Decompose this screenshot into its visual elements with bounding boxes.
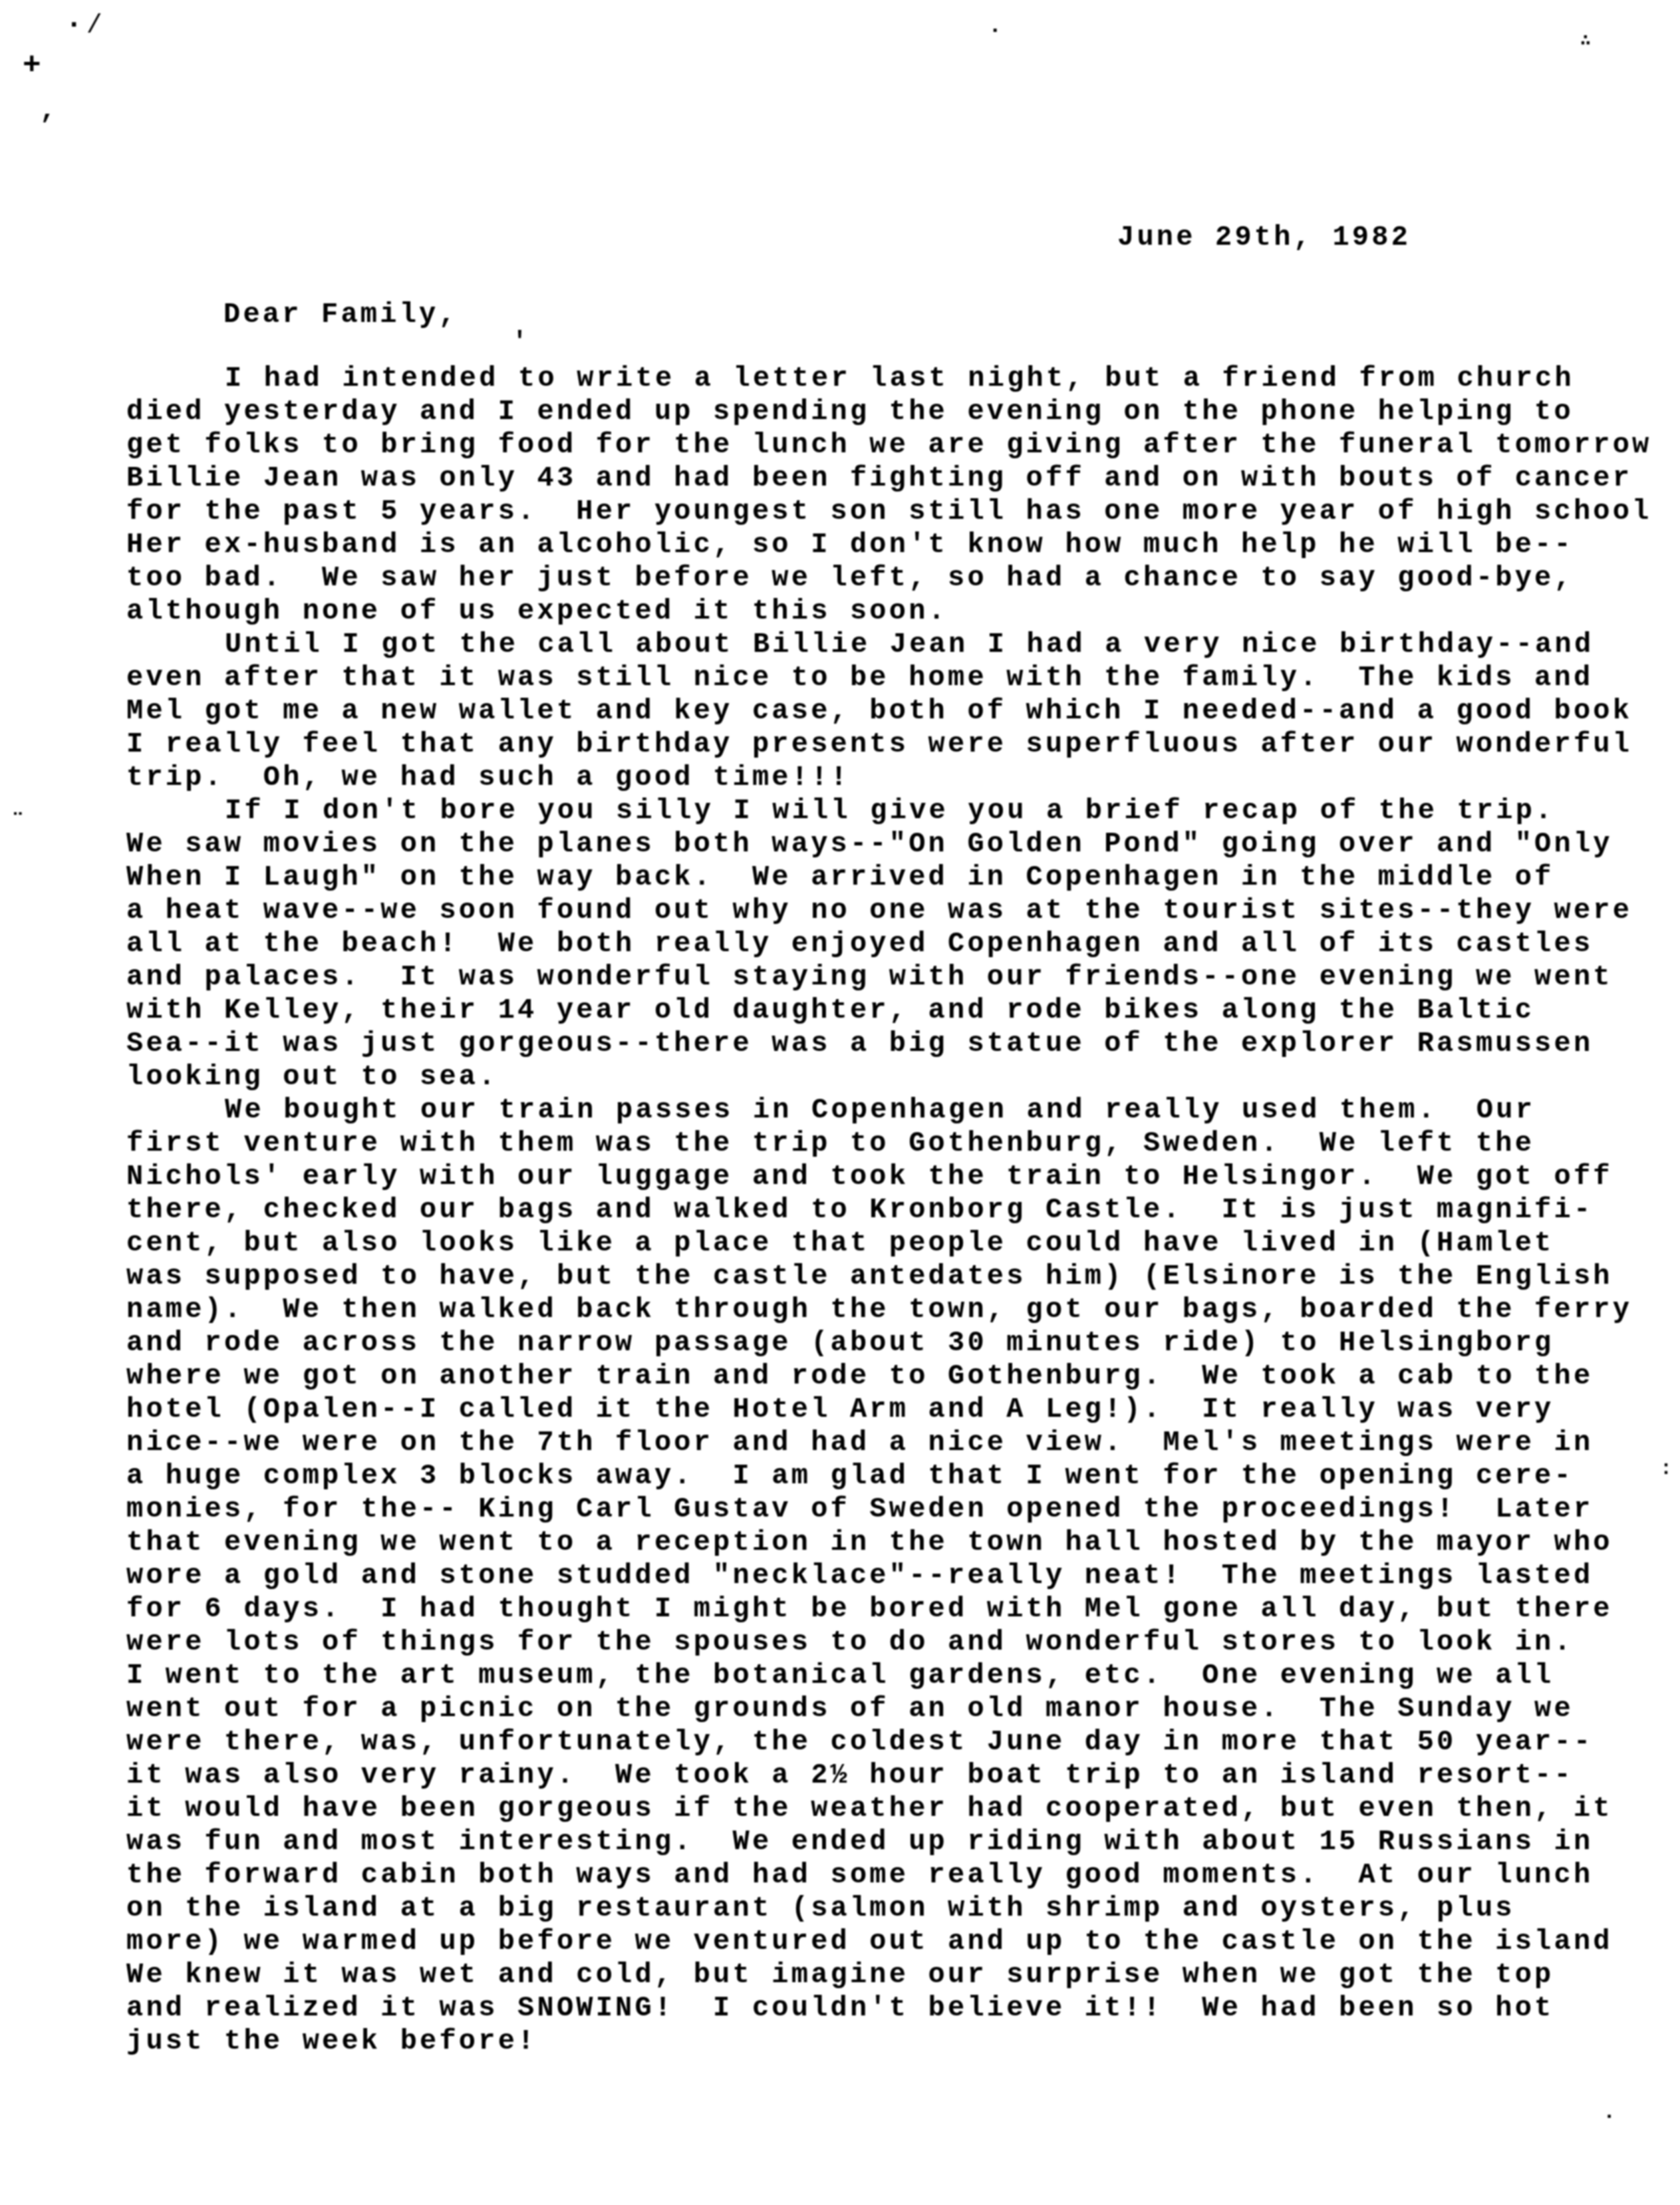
letter-line: monies, for the-- King Carl Gustav of Sw… xyxy=(126,1493,1676,1526)
letter-line: We bought our train passes in Copenhagen… xyxy=(126,1094,1676,1127)
letter-line: and rode across the narrow passage (abou… xyxy=(126,1326,1676,1360)
letter-line: We saw movies on the planes both ways--"… xyxy=(126,827,1676,861)
letter-line: Until I got the call about Billie Jean I… xyxy=(126,628,1676,661)
letter-line: it was also very rainy. We took a 2½ hou… xyxy=(126,1759,1676,1792)
ink-speck: + xyxy=(23,51,44,81)
ink-speck: ' xyxy=(512,330,530,355)
letter-line: for 6 days. I had thought I might be bor… xyxy=(126,1592,1676,1626)
letter-line: it would have been gorgeous if the weath… xyxy=(126,1792,1676,1825)
letter-line: all at the beach! We both really enjoyed… xyxy=(126,927,1676,960)
letter-scan-ink-layer: June 29th, 1982 Dear Family, I had inten… xyxy=(0,0,1680,2205)
letter-line: and realized it was SNOWING! I couldn't … xyxy=(126,1991,1676,2025)
letter-line: If I don't bore you silly I will give yo… xyxy=(126,794,1676,827)
letter-line: Nichols' early with our luggage and took… xyxy=(126,1160,1676,1193)
letter-line: We knew it was wet and cold, but imagine… xyxy=(126,1958,1676,1991)
letter-date: June 29th, 1982 xyxy=(1117,221,1411,254)
ink-speck: · xyxy=(1603,2106,1618,2127)
letter-line: more) we warmed up before we ventured ou… xyxy=(126,1925,1676,1958)
letter-line: a huge complex 3 blocks away. I am glad … xyxy=(126,1459,1676,1493)
letter-line: were there, was, unfortunately, the cold… xyxy=(126,1725,1676,1759)
letter-line: wore a gold and stone studded "necklace"… xyxy=(126,1559,1676,1592)
letter-paragraph: I had intended to write a letter last ni… xyxy=(126,362,1676,628)
letter-line: the forward cabin both ways and had some… xyxy=(126,1858,1676,1892)
letter-line: I really feel that any birthday presents… xyxy=(126,728,1676,761)
letter-line: Her ex-husband is an alcoholic, so I don… xyxy=(126,528,1676,561)
letter-page: June 29th, 1982 Dear Family, I had inten… xyxy=(0,0,1680,2205)
letter-line: too bad. We saw her just before we left,… xyxy=(126,561,1676,595)
letter-line: I had intended to write a letter last ni… xyxy=(126,362,1676,395)
letter-line: on the island at a big restaurant (salmo… xyxy=(126,1892,1676,1925)
letter-line: I went to the art museum, the botanical … xyxy=(126,1659,1676,1692)
ink-speck: , xyxy=(40,98,59,125)
letter-line: even after that it was still nice to be … xyxy=(126,661,1676,694)
letter-line: Sea--it was just gorgeous--there was a b… xyxy=(126,1027,1676,1060)
letter-line: cent, but also looks like a place that p… xyxy=(126,1227,1676,1260)
letter-line: get folks to bring food for the lunch we… xyxy=(126,428,1676,462)
ink-speck: ∴ xyxy=(1580,32,1594,49)
letter-salutation: Dear Family, xyxy=(223,298,458,331)
letter-line: was supposed to have, but the castle ant… xyxy=(126,1260,1676,1293)
letter-line: nice--we were on the 7th floor and had a… xyxy=(126,1426,1676,1459)
ink-speck: : xyxy=(1660,1459,1675,1479)
letter-line: that evening we went to a reception in t… xyxy=(126,1526,1676,1559)
letter-line: went out for a picnic on the grounds of … xyxy=(126,1692,1676,1725)
letter-line: hotel (Opalen--I called it the Hotel Arm… xyxy=(126,1393,1676,1426)
letter-line: for the past 5 years. Her youngest son s… xyxy=(126,495,1676,528)
letter-line: looking out to sea. xyxy=(126,1060,1676,1094)
letter-line: just the week before! xyxy=(126,2025,1676,2058)
letter-paragraph: If I don't bore you silly I will give yo… xyxy=(126,794,1676,1094)
letter-line: a heat wave--we soon found out why no on… xyxy=(126,894,1676,927)
letter-paragraph: Until I got the call about Billie Jean I… xyxy=(126,628,1676,794)
letter-line: with Kelley, their 14 year old daughter,… xyxy=(126,994,1676,1027)
letter-line: was fun and most interesting. We ended u… xyxy=(126,1825,1676,1858)
letter-line: died yesterday and I ended up spending t… xyxy=(126,395,1676,428)
letter-line: where we got on another train and rode t… xyxy=(126,1360,1676,1393)
ink-speck: ·⁄ xyxy=(65,11,106,40)
letter-line: When I Laugh" on the way back. We arrive… xyxy=(126,861,1676,894)
ink-speck: ¨ xyxy=(11,811,28,835)
letter-line: first venture with them was the trip to … xyxy=(126,1127,1676,1160)
letter-line: Billie Jean was only 43 and had been fig… xyxy=(126,462,1676,495)
letter-line: although none of us expected it this soo… xyxy=(126,595,1676,628)
letter-line: and palaces. It was wonderful staying wi… xyxy=(126,960,1676,994)
letter-line: name). We then walked back through the t… xyxy=(126,1293,1676,1326)
letter-line: trip. Oh, we had such a good time!!! xyxy=(126,761,1676,794)
letter-paragraphs: I had intended to write a letter last ni… xyxy=(126,362,1676,2058)
letter-line: there, checked our bags and walked to Kr… xyxy=(126,1193,1676,1227)
letter-line: were lots of things for the spouses to d… xyxy=(126,1626,1676,1659)
letter-line: Mel got me a new wallet and key case, bo… xyxy=(126,694,1676,728)
letter-paragraph: We bought our train passes in Copenhagen… xyxy=(126,1094,1676,2058)
ink-speck: · xyxy=(988,20,1005,43)
